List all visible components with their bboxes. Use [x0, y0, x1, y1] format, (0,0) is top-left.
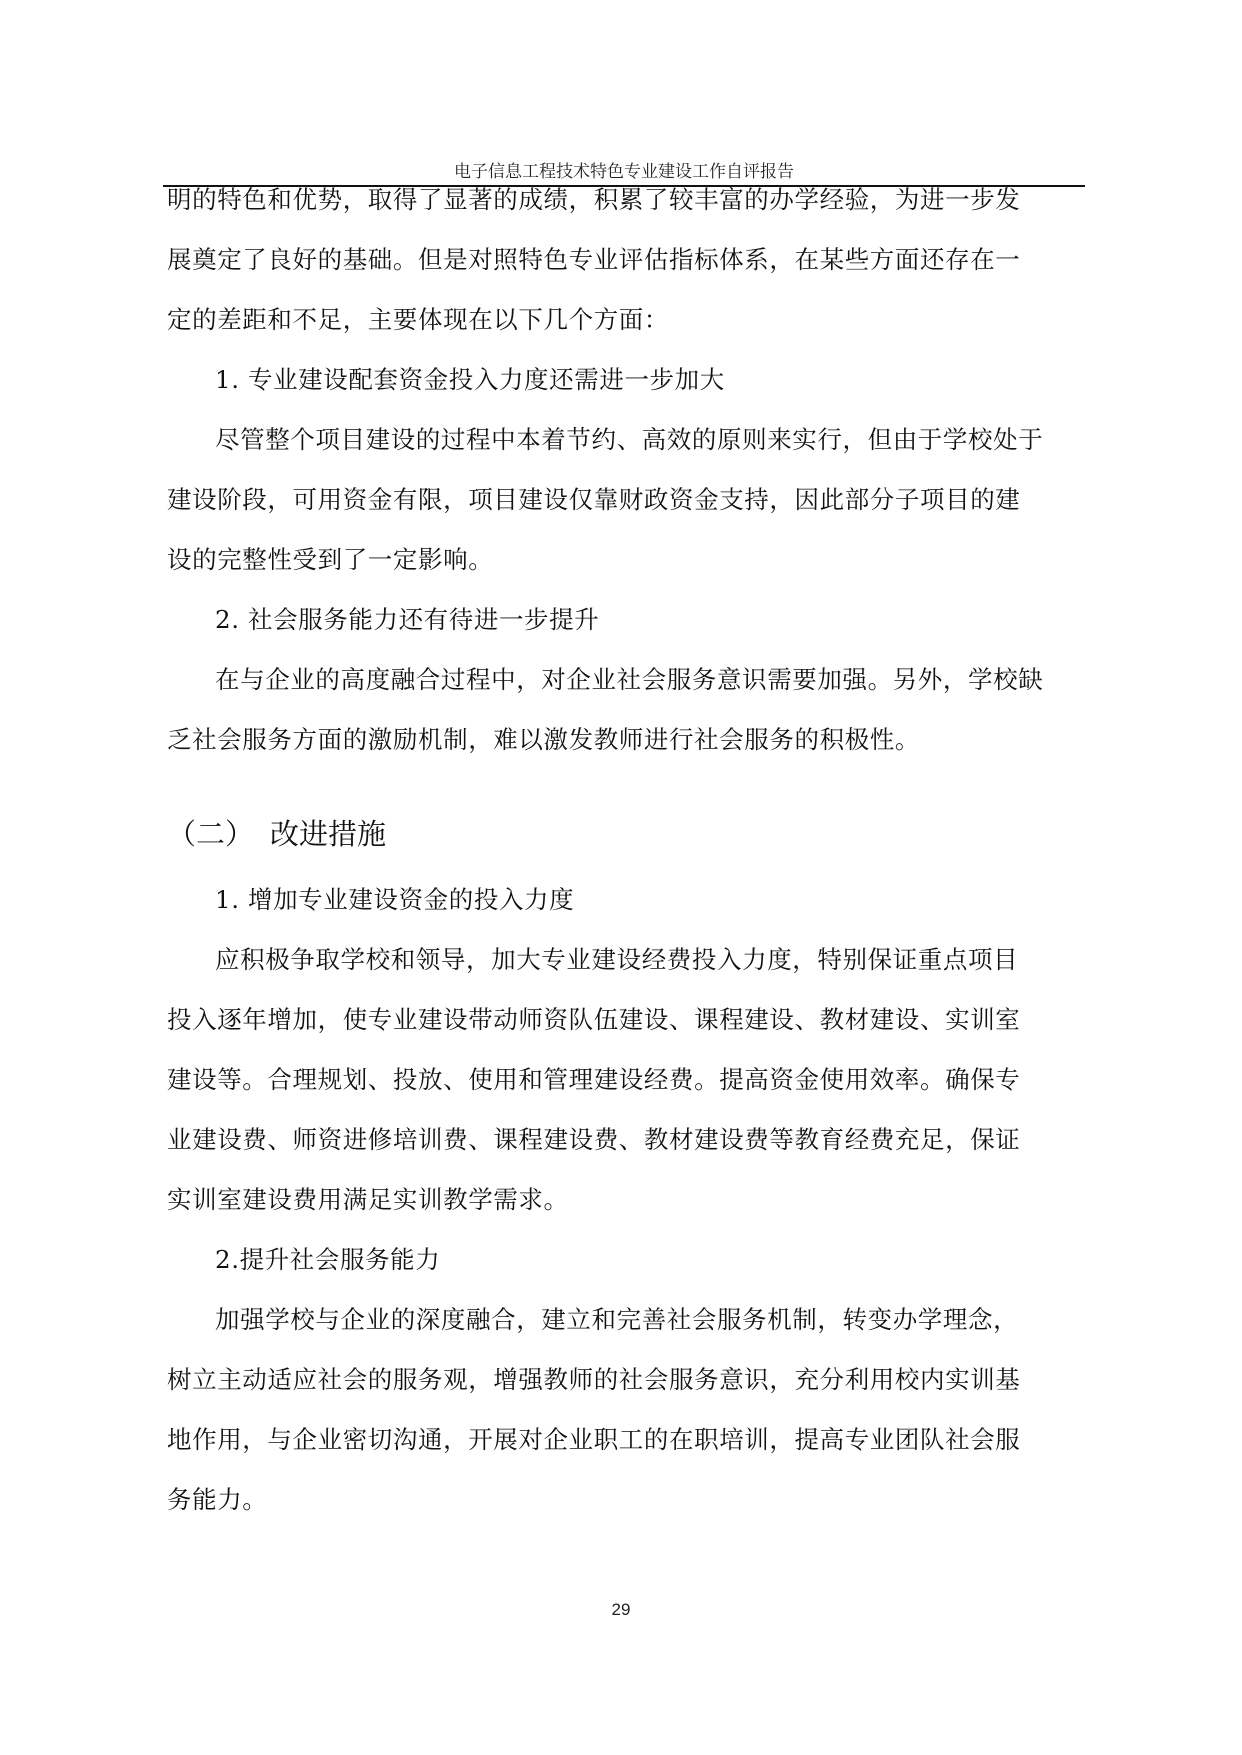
paragraph-line: 建设阶段，可用资金有限，项目建设仅靠财政资金支持，因此部分子项目的建 [167, 470, 1083, 530]
page-number: 29 [0, 1600, 1242, 1620]
paragraph-line: 树立主动适应社会的服务观，增强教师的社会服务意识，充分利用校内实训基 [167, 1350, 1083, 1410]
shortcomings-block: 明的特色和优势，取得了显著的成绩，积累了较丰富的办学经验，为进一步发 展奠定了良… [167, 170, 1083, 770]
subheading-1: 1. 专业建设配套资金投入力度还需进一步加大 [167, 350, 1083, 410]
paragraph-line: 业建设费、师资进修培训费、课程建设费、教材建设费等教育经费充足，保证 [167, 1110, 1083, 1170]
paragraph-line: 定的差距和不足，主要体现在以下几个方面： [167, 290, 1083, 350]
paragraph-line: 设的完整性受到了一定影响。 [167, 530, 1083, 590]
section-title: 改进措施 [270, 817, 386, 851]
subheading-2: 2.提升社会服务能力 [167, 1230, 1083, 1290]
paragraph-line: 务能力。 [167, 1470, 1083, 1530]
improvements-block: 1. 增加专业建设资金的投入力度 应积极争取学校和领导，加大专业建设经费投入力度… [167, 870, 1083, 1530]
paragraph-line: 实训室建设费用满足实训教学需求。 [167, 1170, 1083, 1230]
paragraph-line: 投入逐年增加，使专业建设带动师资队伍建设、课程建设、教材建设、实训室 [167, 990, 1083, 1050]
paragraph-line: 乏社会服务方面的激励机制，难以激发教师进行社会服务的积极性。 [167, 710, 1083, 770]
paragraph-line: 建设等。合理规划、投放、使用和管理建设经费。提高资金使用效率。确保专 [167, 1050, 1083, 1110]
section-heading: （二）改进措施 [167, 809, 386, 859]
paragraph-line: 展奠定了良好的基础。但是对照特色专业评估指标体系，在某些方面还存在一 [167, 230, 1083, 290]
paragraph-line: 应积极争取学校和领导，加大专业建设经费投入力度，特别保证重点项目 [167, 930, 1083, 990]
paragraph-line: 地作用，与企业密切沟通，开展对企业职工的在职培训，提高专业团队社会服 [167, 1410, 1083, 1470]
section-number: （二） [167, 817, 254, 851]
subheading-2: 2. 社会服务能力还有待进一步提升 [167, 590, 1083, 650]
paragraph-line: 在与企业的高度融合过程中，对企业社会服务意识需要加强。另外，学校缺 [167, 650, 1083, 710]
paragraph-line: 尽管整个项目建设的过程中本着节约、高效的原则来实行，但由于学校处于 [167, 410, 1083, 470]
paragraph-line: 加强学校与企业的深度融合，建立和完善社会服务机制，转变办学理念， [167, 1290, 1083, 1350]
paragraph-line: 明的特色和优势，取得了显著的成绩，积累了较丰富的办学经验，为进一步发 [167, 170, 1083, 230]
subheading-1: 1. 增加专业建设资金的投入力度 [167, 870, 1083, 930]
